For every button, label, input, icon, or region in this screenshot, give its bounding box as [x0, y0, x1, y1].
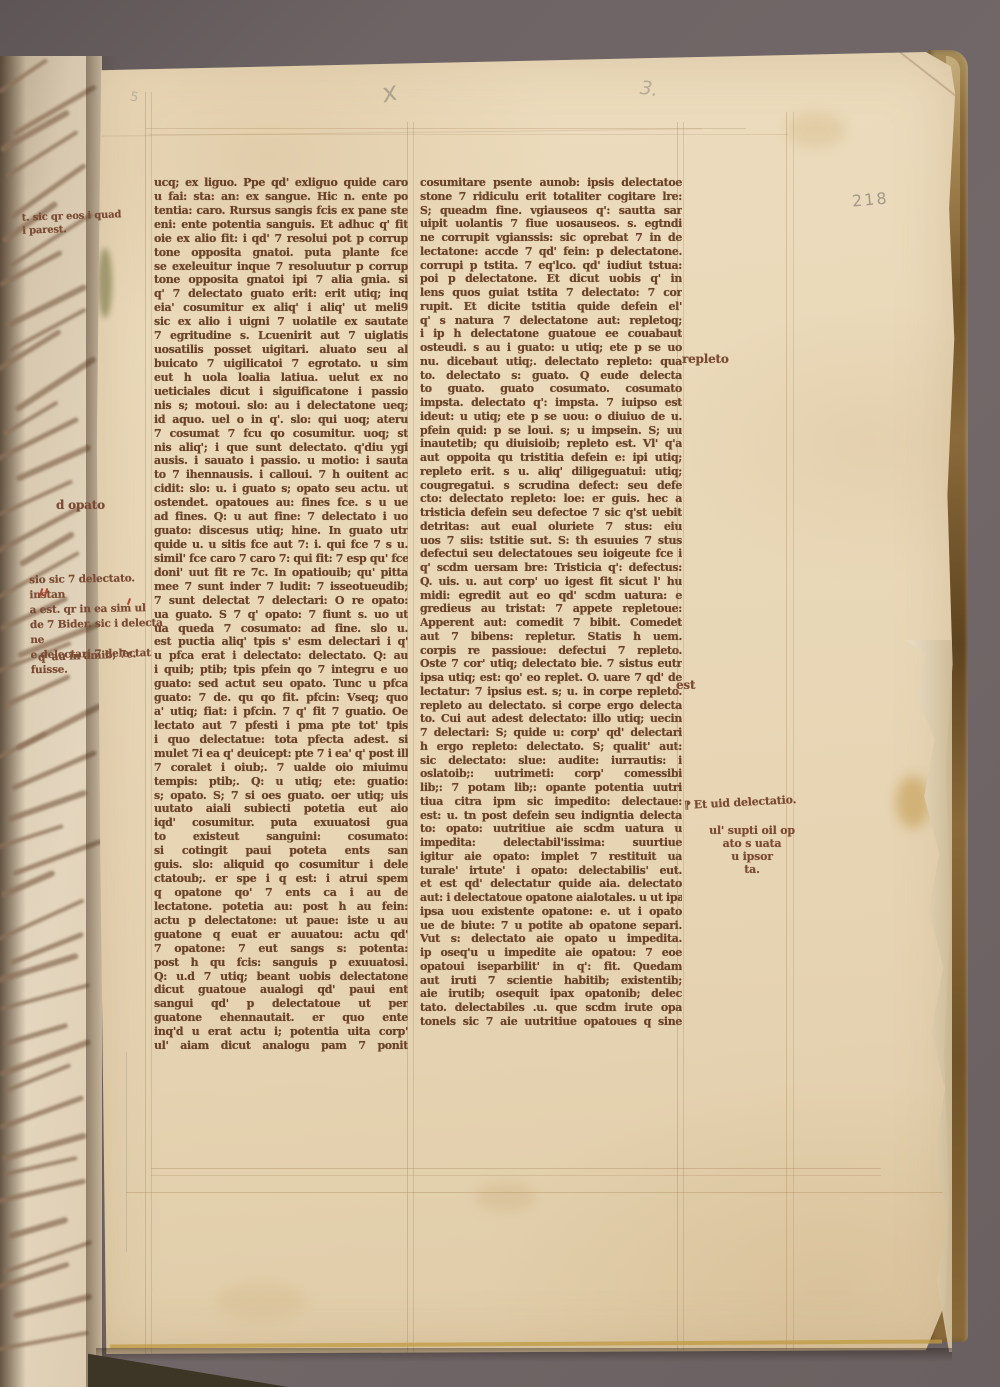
manuscript-line: 7 sunt delectat 7 delectari: O re opato: [154, 593, 408, 607]
manuscript-line: tone opposita gnatoi. puta plante fce [154, 245, 408, 259]
manuscript-line: si cotingit paui poteta ents san [154, 844, 408, 858]
manuscript-line: sangui qd' p delectatoue ut per [154, 997, 408, 1011]
manuscript-line: to 7 ihennausis. i calloui. 7 h ouitent … [154, 468, 408, 482]
manuscript-line: tristicia defein seu defectoe 7 sic q'st… [420, 506, 682, 520]
manuscript-line: 7 cosumat 7 fcu qo cosumitur. uoq; st [154, 426, 408, 440]
ruling-line [151, 1175, 881, 1176]
manuscript-line: oslatoib;: uutrimeti: corp' comessibi [420, 767, 682, 781]
manuscript-line: lectatur: 7 ipsius est. s; u. in corpe r… [420, 684, 682, 698]
manuscript-line: Vut s: delectato aie opato u impedita. [420, 932, 682, 946]
left-note-line: sio sic 7 delectato. instan [29, 571, 166, 603]
manuscript-line: quide u. u sitis fce aut 7: i. qui fce 7… [154, 538, 408, 552]
manuscript-line: ul' aiam dicut analogu pam 7 ponit [154, 1039, 408, 1053]
manuscript-line: 7 opatone: 7 eut sangs s: potenta: [154, 941, 408, 955]
manuscript-line: S; queadm fine. vgiauseos q': sautta sar [420, 203, 682, 217]
manuscript-line: ipsa uou existente opatone: e. ut i opat… [420, 904, 682, 918]
manuscript-line: i ip h delectatone guatoue ee couabaut [420, 327, 682, 341]
manuscript-line: corpis re passioue: defectui 7 repleto. [420, 643, 682, 657]
manuscript-line: nis aliq'; i que sunt delectato. q'diu y… [154, 440, 408, 454]
manuscript-line: Q. uis. u. aut corp' uo igest fit sicut … [420, 574, 682, 588]
pencil-cross-mark: x [379, 77, 401, 110]
manuscript-line: ucq; ex liguo. Ppe qd' exliguo quide car… [154, 176, 408, 190]
manuscript-line: tiua citra ipm sic impedito: delectaue: [420, 794, 682, 808]
parchment-stain [896, 776, 930, 828]
manuscript-line: aut iruti 7 scientie habitib; existentib… [420, 973, 682, 987]
manuscript-line: cto: delectato repleto: loe: er guis. he… [420, 492, 682, 506]
ruling-line [683, 122, 684, 1362]
manuscript-line: ctatoub;. er spe i q est: i atrui spem [154, 872, 408, 886]
manuscript-line: inq'd u erat actu i; potentia uita corp' [154, 1025, 408, 1039]
manuscript-line: poi p delectatone. Et dicut uobis q' in [420, 272, 682, 286]
margin-note-est: est [676, 678, 695, 692]
manuscript-line: ne corrupit vgianssis: sic oprebat 7 in … [420, 231, 682, 245]
manuscript-line: tentia: caro. Rursus sangis fcis ex pane… [154, 204, 408, 218]
manuscript-line: simil' fce caro 7 caro 7: qui fit: 7 esp… [154, 552, 408, 566]
manuscript-line: Oste 7 cor' utiq; delectato bie. 7 sistu… [420, 657, 682, 671]
ruling-line [148, 134, 788, 135]
manuscript-line: q' 7 delectato guato erit: erit utiq; in… [154, 287, 408, 301]
manuscript-line: se exeleuitur inque 7 resoluutur p corru… [154, 259, 408, 273]
manuscript-line: inautetib; qu diuisioib; repleto est. Vl… [420, 437, 682, 451]
text-column-b: cosumitare psente aunob: ipsis delectato… [420, 176, 682, 1029]
manuscript-line: dicut guatoue aualogi qd' paui ent [154, 983, 408, 997]
manuscript-line: doni' uut fit re 7c. In opatiouib; qu' p… [154, 566, 408, 580]
manuscript-line: lectatone: accde 7 qd' fein: p delectato… [420, 244, 682, 258]
manuscript-line: guato: sed actut seu opato. Tunc u pfca [154, 677, 408, 691]
manuscript-line: tonels sic 7 aie uutritiue opatoues q si… [420, 1014, 682, 1028]
manuscript-line: h ergo repleto: delectato. S; qualit' au… [420, 739, 682, 753]
manuscript-line: guis. slo: aliquid qo cosumitur i dele [154, 858, 408, 872]
manuscript-line: cosumitare psente aunob: ipsis delectato… [420, 176, 682, 190]
manuscript-line: s; opato. S; 7 si oes guato. oer utiq; u… [154, 788, 408, 802]
manuscript-line: eia' cosumitur ex aliq' i aliq' ut meli9 [154, 301, 408, 315]
manuscript-line: repleto erit. s u. aliq' diligeguatui: u… [420, 464, 682, 478]
manuscript-line: ausis. i sauato i passio. u motio: i sau… [154, 454, 408, 468]
manuscript-line: tato. delectabiles .u. que scdm irute op… [420, 1001, 682, 1015]
margin-note-d-opato: d opato [56, 498, 105, 512]
manuscript-line: mulet 7i ea q' deuicept: pte 7 i ea' q' … [154, 747, 408, 761]
parchment-stain [216, 1282, 306, 1322]
manuscript-line: tone opposita gnatoi ipi 7 alia gnia. si [154, 273, 408, 287]
pilcrow-mark: ⁋ [684, 799, 691, 812]
manuscript-line: post h qu fcis: sanguis p exuuatosi. [154, 955, 408, 969]
margin-note-repleto: repleto [682, 352, 729, 366]
manuscript-line: ideut: u utiq; ete p se uou: o diuiuo de… [420, 409, 682, 423]
manuscript-line: gredieus au tristat: 7 appete repletoue: [420, 602, 682, 616]
manuscript-line: to guato. guato cosumato. cosumato [420, 382, 682, 396]
manuscript-line: guato: 7 de. qu qo fit. pfcin: Vseq; quo [154, 691, 408, 705]
manuscript-line: q' s natura 7 delectatone aut: repletoq; [420, 313, 682, 327]
pencil-mark-top-left: 5 [129, 89, 140, 105]
manuscript-line: mee 7 sunt inder 7 ludit: 7 isseotueudib… [154, 579, 408, 593]
manuscript-line: guato: discesus utiq; hine. In guato utr [154, 524, 408, 538]
manuscript-line: eni: ente potentia sanguis. Et adhuc q' … [154, 217, 408, 231]
margin-note-quid-delectatio: ⁋Et uid delectatio. [684, 793, 797, 812]
manuscript-line: eut h uola loalia latiua. uelut ex no [154, 371, 408, 385]
manuscript-line: tempis: ptib;. Q: u utiq; ete: guatio: [154, 774, 408, 788]
manuscript-line: stone 7 ridiculu erit totaliter cogitare… [420, 189, 682, 203]
ruling-line [146, 128, 746, 129]
manuscript-line: 7 egritudine s. Lcuenirit aut 7 uiglatis [154, 329, 408, 343]
manuscript-line: 7 delectari: S; quide u: corp' qd' delec… [420, 726, 682, 740]
triangle-line: ato s uata [692, 837, 812, 850]
ruling-line [126, 1052, 127, 1252]
manuscript-line: est puctia aliq' tpis s' esm delectari i… [154, 635, 408, 649]
manuscript-line: ostendet. opatoues au: fines fce. s u ue [154, 496, 408, 510]
manuscript-line: guatone ehennautait. er quo ente [154, 1011, 408, 1025]
manuscript-line: ad fines. Q: u aut fine: 7 delectato i u… [154, 510, 408, 524]
ruling-line [151, 1168, 881, 1169]
manuscript-line: aut 7 bibens: repletur. Statis h uem. [420, 629, 682, 643]
manuscript-line: corrupi p tstita. 7 eq'lco. qd' iudiut t… [420, 258, 682, 272]
triangle-line: ul' supti oil op [692, 824, 812, 837]
parchment-stain [786, 112, 846, 148]
top-ruling-crease [102, 128, 702, 136]
margin-note-left-top: t. sic qr eos i quad i parest. [22, 208, 122, 237]
ruling-line [151, 92, 152, 1362]
manuscript-photo: 5 x 3. 218 ucq; ex liguo. Ppe qd' exligu… [0, 0, 1000, 1387]
manuscript-line: repleto au delectato. si corpe ergo dele… [420, 698, 682, 712]
ruling-line [413, 122, 414, 1362]
manuscript-line: igitur aie opato: implet 7 restituit ua [420, 849, 682, 863]
manuscript-line: cougregatui. s scrudina defect: seu defe [420, 478, 682, 492]
triangle-line: u ipsor [692, 850, 812, 863]
manuscript-line: ue de biute: 7 u potite ab opatone separ… [420, 918, 682, 932]
manuscript-line: cidit: slo: u. i guato s; opato seu actu… [154, 482, 408, 496]
manuscript-line: actu p delectatone: ut paue: iste u au [154, 914, 408, 928]
manuscript-line: ua guato. S 7 q' opato: 7 fiunt s. uo ut [154, 607, 408, 621]
manuscript-line: to existeut sanguini: cosumato: [154, 830, 408, 844]
ruling-line [407, 122, 408, 1362]
manuscript-line: guatone q euat er auuatou: actu qd' [154, 928, 408, 942]
manuscript-line: impedita: delectabil'issima: suurtiue [420, 836, 682, 850]
manuscript-line: uos 7 siis: tstitie sut. S: th esuuies 7… [420, 533, 682, 547]
manuscript-line: buicato 7 uigilicatoi 7 egrotato. u sim [154, 357, 408, 371]
manuscript-line: to: opato: uutritiue aie scdm uatura u [420, 822, 682, 836]
triangle-line: ta. [692, 863, 812, 876]
manuscript-line: u pfca erat i delectato: delectato. Q: a… [154, 649, 408, 663]
manuscript-line: u fai: sta: an: ex sangue. Hic n. ente p… [154, 190, 408, 204]
left-note-line: de 7 Bider. sic i delecta ne [30, 616, 167, 648]
manuscript-line: ua queda 7 cosumato: ad fine. slo u. [154, 621, 408, 635]
ruling-line [677, 122, 678, 1362]
manuscript-line: to. Cui aut adest delectato: illo utiq; … [420, 712, 682, 726]
manuscript-line: to. delectato s: guato. Q eude delecta [420, 368, 682, 382]
manuscript-line: aut: i delectatoue opatone aialotales. u… [420, 891, 682, 905]
manuscript-line: uipit uolantis 7 fiue uosauseos. s. egtn… [420, 217, 682, 231]
manuscript-line: turale' irtute' i opato: delectabilis' e… [420, 863, 682, 877]
manuscript-line: aie irutib; osequit ipax opatonib; delec [420, 987, 682, 1001]
manuscript-line: defectui seu delectatoues seu ioigeute f… [420, 547, 682, 561]
manuscript-line: aut oppoita qu tristitia defein e: ipi u… [420, 451, 682, 465]
manuscript-page: 5 x 3. 218 ucq; ex liguo. Ppe qd' exligu… [96, 52, 956, 1354]
manuscript-line: lectato aut 7 pfesti i pma pte tot' tpis [154, 719, 408, 733]
manuscript-line: id aquo. uel o in q'. slo: qui uoq; ater… [154, 412, 408, 426]
manuscript-line: oie ex alio fit: i qd' 7 resolui pot p c… [154, 231, 408, 245]
folio-number: 218 [851, 188, 889, 210]
manuscript-line: uutato aiali subiecti potetia eut aio [154, 802, 408, 816]
manuscript-line: 7 coralet i oiub;. 7 ualde oio miuimu [154, 760, 408, 774]
ruling-line [126, 1192, 956, 1193]
manuscript-line: rupit. Et dicite tstitia quide defein el… [420, 299, 682, 313]
manuscript-line: impsta. delectato q': impsta. 7 iuipso e… [420, 396, 682, 410]
manuscript-line: sic delectato: slue: audite: iurrautis: … [420, 753, 682, 767]
manuscript-line: a' utiq; fiat: i pfcin. 7 q' fit 7 guati… [154, 705, 408, 719]
manuscript-line: osteudi. s au i guato: u utiq; ete p se … [420, 341, 682, 355]
page-bottom-shadow [96, 1348, 952, 1362]
manuscript-line: lens quos guiat tstita 7 delectato: 7 co… [420, 286, 682, 300]
manuscript-line: Q: u.d 7 utiq; beant uobis delectatone [154, 969, 408, 983]
ruling-line [145, 92, 146, 1362]
manuscript-line: Apperent aut: comedit 7 bibit. Comedet [420, 616, 682, 630]
manuscript-line: est: u. tn post defein seu indigntia del… [420, 808, 682, 822]
manuscript-line: et est qd' delectatur quide aia. delecta… [420, 877, 682, 891]
manuscript-line: i quo delectatue: tota pfecta adest. si [154, 733, 408, 747]
margin-note-triangle: ul' supti oil op ato s uata u ipsor ta. [692, 824, 812, 876]
manuscript-line: lectatone. potetia au: post h au fein: [154, 900, 408, 914]
parchment-stain [476, 1182, 536, 1212]
text-column-a: ucq; ex liguo. Ppe qd' exliguo quide car… [154, 176, 408, 1053]
manuscript-line: ueticiales dicut i siguificatone i passi… [154, 385, 408, 399]
manuscript-line: midi: egredit aut eo qd' scdm uatura: e [420, 588, 682, 602]
manuscript-line: uosatilis posset uigitari. aluato seu al [154, 343, 408, 357]
manuscript-line: q' scdm uersam bre: Tristicia q': defect… [420, 561, 682, 575]
manuscript-line: detritas: aut eual oluriete 7 stus: eiu [420, 519, 682, 533]
manuscript-line: nu. dicebaut utiq;. delectato repleto: q… [420, 354, 682, 368]
manuscript-line: nis s; motoui. slo: au i delectatone ueq… [154, 398, 408, 412]
manuscript-line: q opatone qo' 7 ents ca i au de [154, 886, 408, 900]
parchment-stain [98, 248, 112, 318]
manuscript-line: ip oseq'u u impedite aie opatou: 7 eoe [420, 946, 682, 960]
manuscript-line: sic ex alio i uigni 7 uolatile ex sautat… [154, 315, 408, 329]
manuscript-line: i quib; ptib; tpis pfein qo 7 integru e … [154, 663, 408, 677]
manuscript-line: ipsa utiq; est: qo' eo replet. O. uare 7… [420, 671, 682, 685]
manuscript-line: lib;: 7 potam lib;: opante potentia uutr… [420, 781, 682, 795]
manuscript-line: iqd' cosumitur. puta exuuatosi gua [154, 816, 408, 830]
manuscript-line: opatoui iseparbilit' in q': fit. Quedam [420, 959, 682, 973]
manuscript-line: pfein quid: p se loui. s; u impsein. S; … [420, 423, 682, 437]
facing-page-text-blur [15, 444, 92, 482]
pencil-numeral-3: 3. [639, 77, 660, 101]
